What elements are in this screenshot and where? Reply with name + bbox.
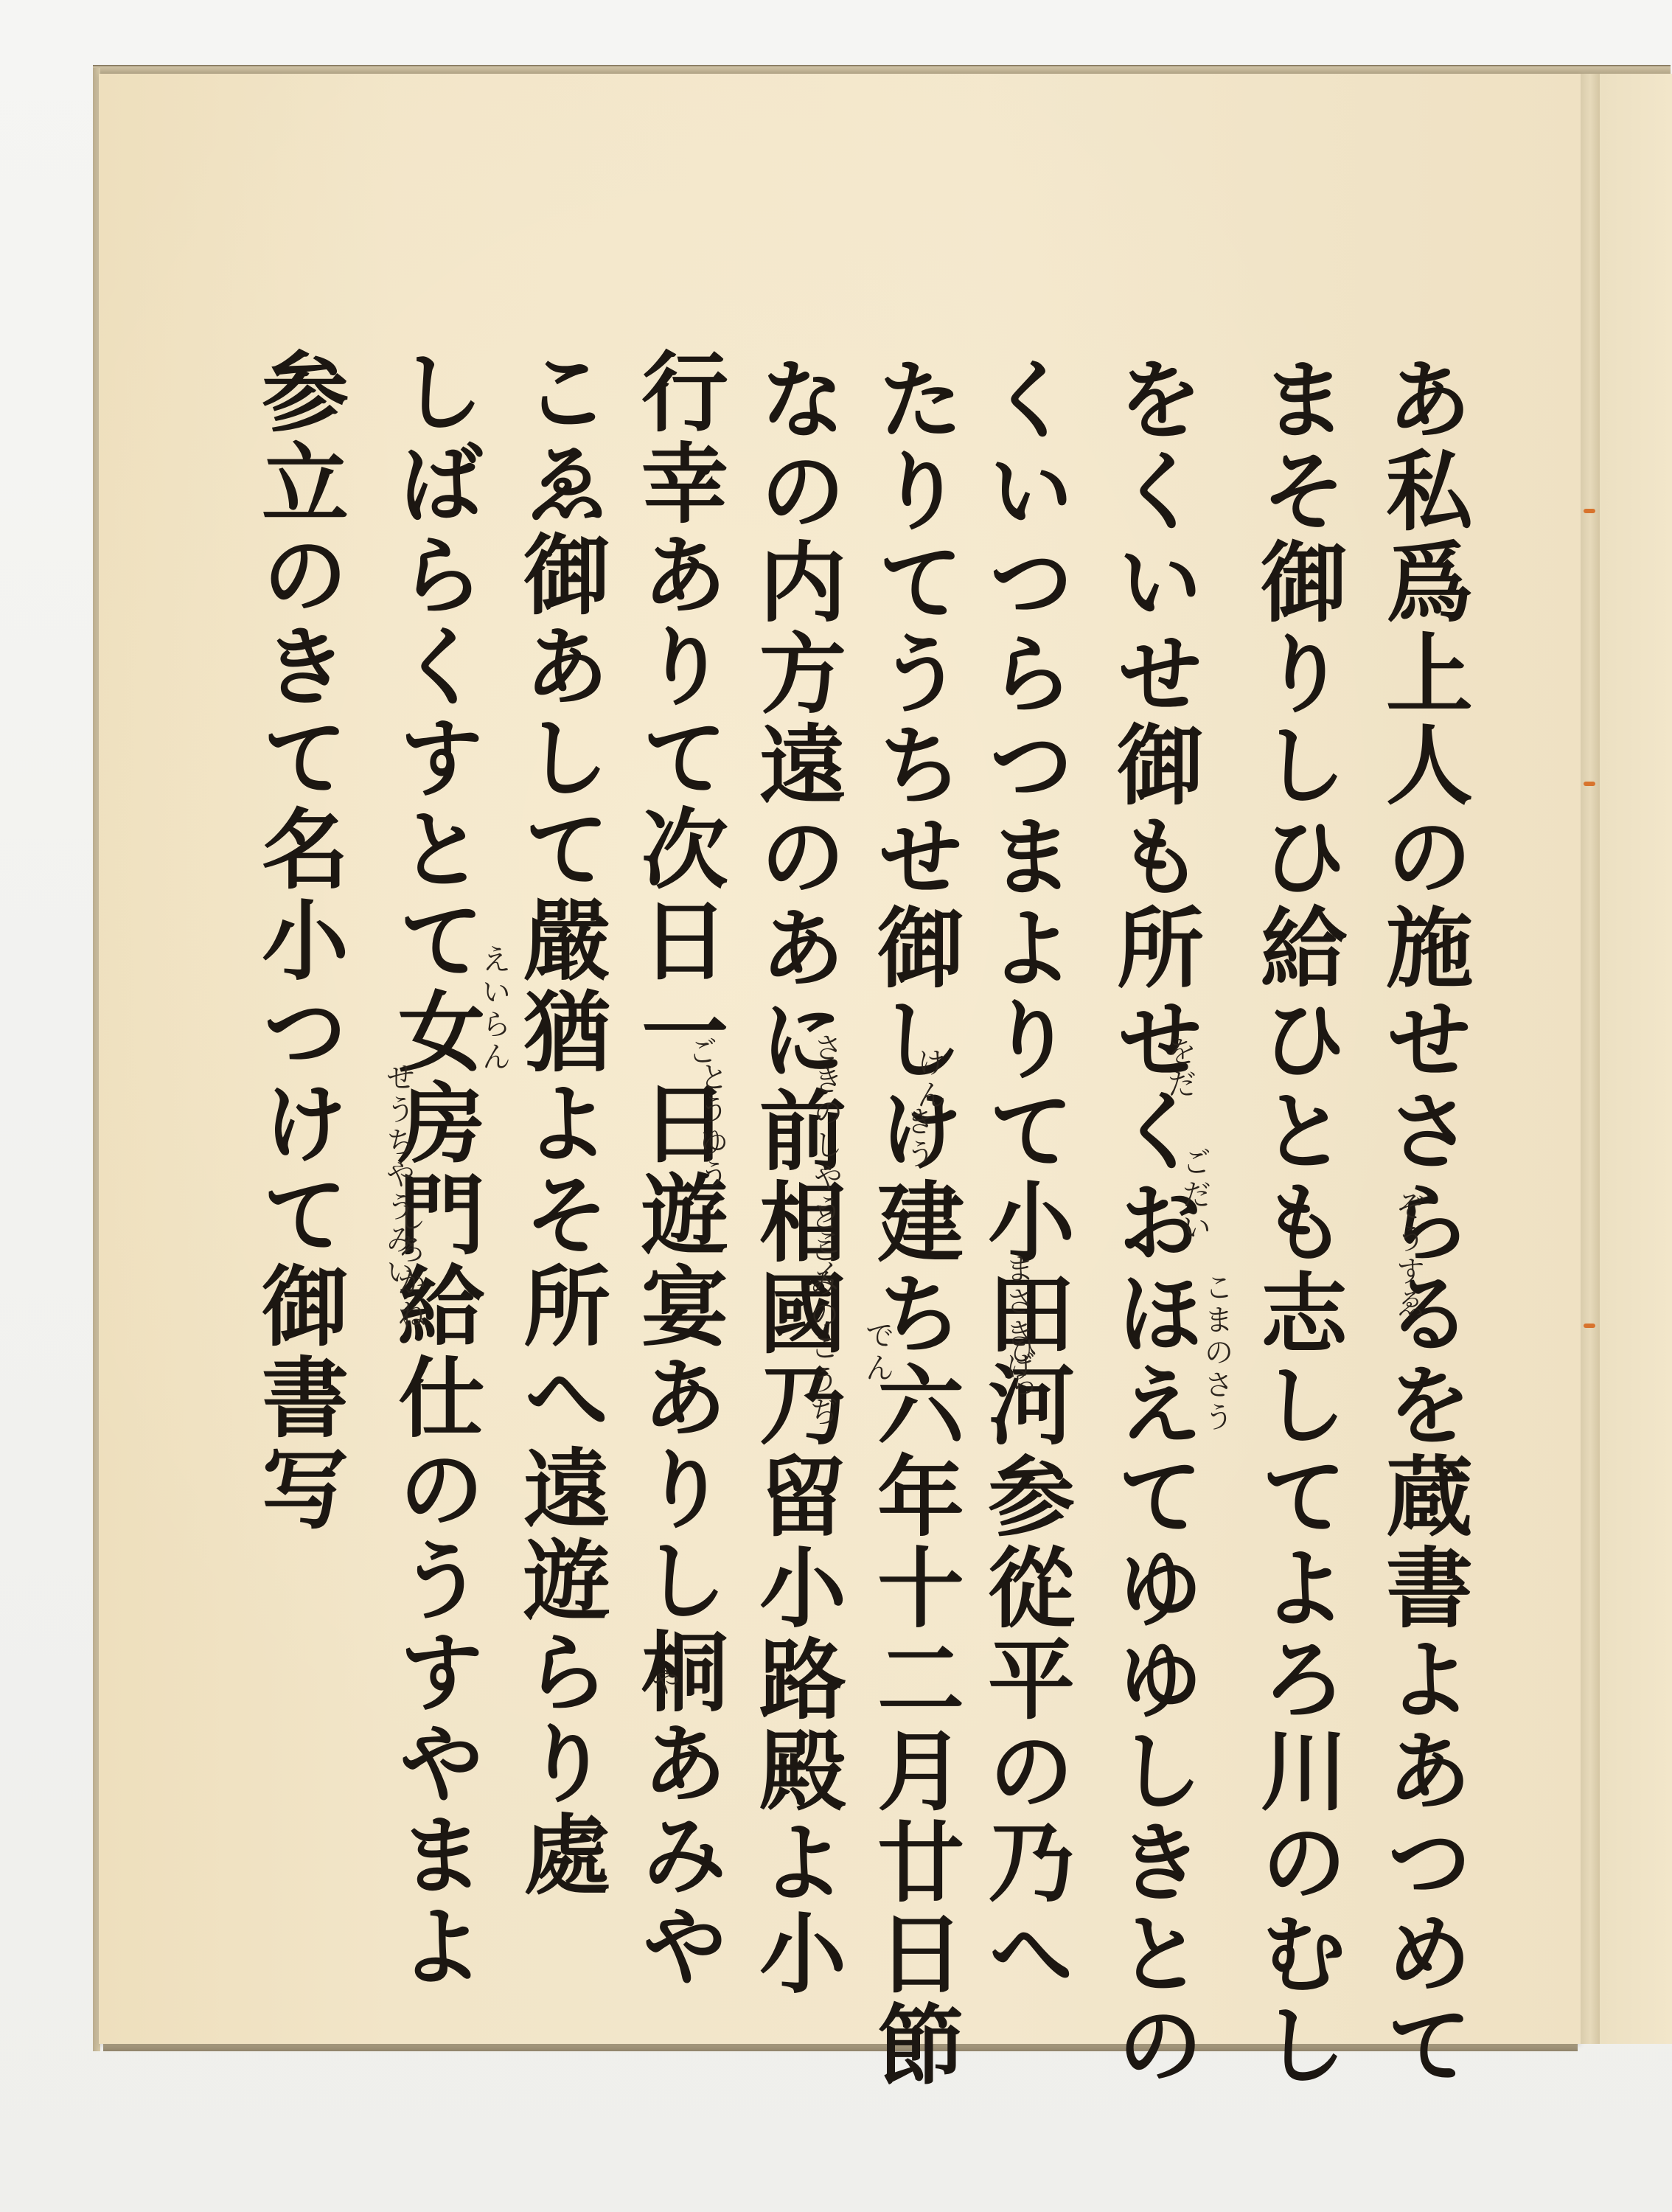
binding-thread-mark — [1584, 1324, 1595, 1328]
gloss: でん — [863, 1320, 892, 1385]
gloss: とこみのこうぢ — [807, 1202, 837, 1429]
facing-page-edge — [1600, 74, 1672, 2044]
gloss: ぞうすゑ — [1393, 1191, 1423, 1321]
gloss: えいらん — [479, 944, 509, 1074]
gloss: ひら — [1006, 1335, 1036, 1399]
book-gutter — [1581, 74, 1600, 2044]
text-column-2: まそ御りしひ給ひとも志してよろ川のむし — [1253, 354, 1340, 2091]
text-column-4: くいつらつまよりて小田河参從平の乃へ — [980, 354, 1067, 2000]
book-edge-bottom — [103, 2044, 1578, 2051]
gloss: しろかね — [394, 1202, 424, 1332]
gloss: きう — [903, 1106, 933, 1171]
binding-thread-mark — [1584, 782, 1595, 786]
binding-thread-mark — [1584, 509, 1595, 513]
text-column-8: こゑ御あして嚴猶よそ所へ遠遊らり處 — [516, 347, 603, 1901]
text-column-5: たりてうちせ御しけ建ち六年十二月廿日節 — [870, 354, 957, 2091]
gloss: けん — [914, 1047, 944, 1112]
gloss: や — [649, 1666, 678, 1699]
gloss: をだ — [1165, 1036, 1194, 1101]
gloss: こまのさう — [1202, 1272, 1231, 1434]
gloss: とうゆう — [697, 1062, 726, 1192]
text-column-10: 参立のきて名小つけて御書写 — [254, 347, 341, 1535]
gloss: ごだい — [1180, 1147, 1209, 1244]
